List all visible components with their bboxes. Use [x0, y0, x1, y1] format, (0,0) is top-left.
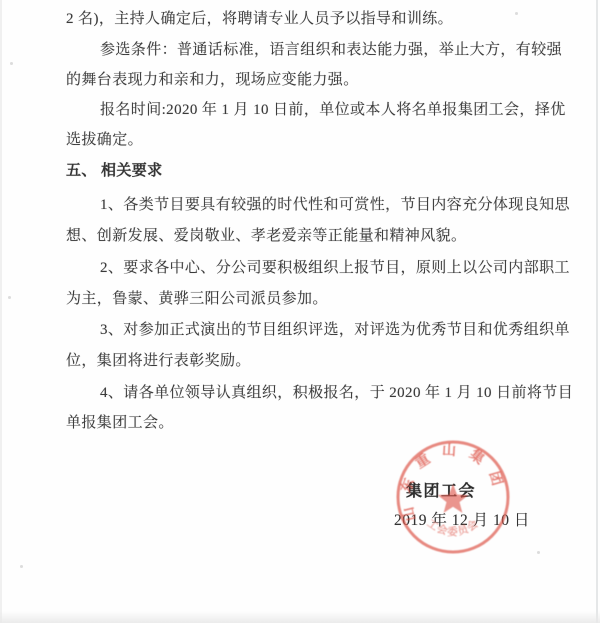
text-line: 2 名)，主持人确定后，将聘请专业人员予以指导和训练。 [66, 9, 453, 29]
scan-edge-left [0, 0, 2, 623]
text-line: 报名时间:2020 年 1 月 10 日前，单位或本人将名单报集团工会，择优 [100, 100, 566, 120]
section-heading: 五、 相关要求 [66, 161, 163, 181]
scan-speck [10, 62, 13, 65]
text-line: 4、请各单位领导认真组织，积极报名，于 2020 年 1 月 10 日前将节目 [100, 383, 573, 403]
scan-speck [537, 551, 540, 554]
text-line: 1、各类节目要具有较强的时代性和可赏性，节目内容充分体现良知思 [100, 195, 570, 215]
text-line: 位，集团将进行表彰奖励。 [66, 351, 251, 371]
text-line: 的舞台表现力和亲和力，现场应变能力强。 [66, 70, 359, 90]
text-line: 参选条件：普通话标准，语言组织和表达能力强，举止大方，有较强 [100, 40, 562, 60]
text-line: 单报集团工会。 [66, 413, 174, 433]
text-line: 选拔确定。 [66, 130, 143, 150]
scan-speck [515, 12, 518, 15]
text-line: 想、创新发展、爱岗敬业、孝老爱亲等正能量和精神风貌。 [66, 226, 466, 246]
text-line: 3、对参加正式演出的节目组织评选，对评选为优秀节目和优秀组织单 [100, 320, 570, 340]
signature-org: 集团工会 [406, 478, 476, 501]
signature-date: 2019 年 12 月 10 日 [394, 508, 530, 530]
text-line: 为主，鲁蒙、黄骅三阳公司派员参加。 [66, 289, 328, 309]
scan-speck [20, 565, 23, 568]
scanned-document-page: 2 名)，主持人确定后，将聘请专业人员予以指导和训练。 参选条件：普通话标准，语… [0, 0, 600, 623]
scan-edge-right [596, 0, 598, 623]
scan-speck [8, 296, 11, 299]
scan-edge-bottom [0, 611, 600, 623]
text-line: 2、要求各中心、分公司要积极组织上报节目，原则上以公司内部职工 [100, 258, 570, 278]
